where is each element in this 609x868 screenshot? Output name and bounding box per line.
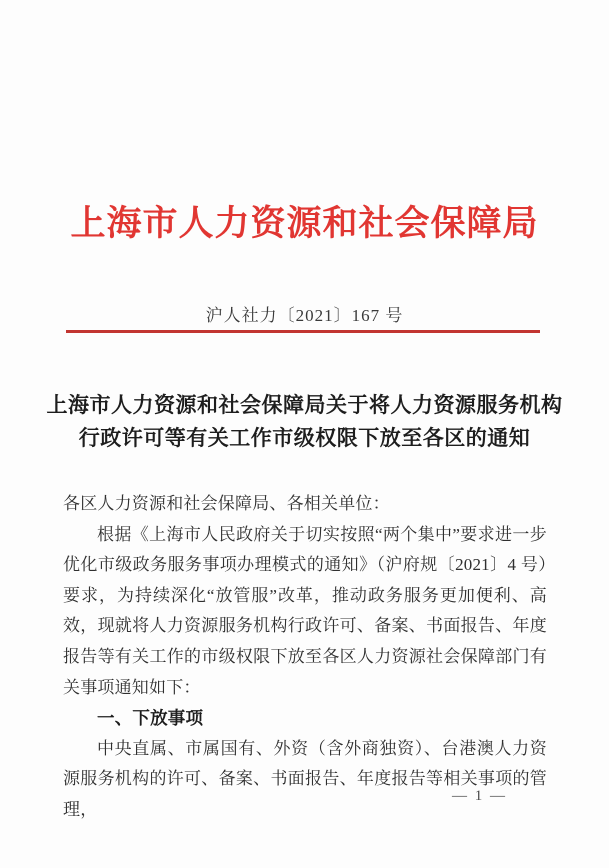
agency-masthead: 上海市人力资源和社会保障局	[0, 196, 609, 246]
red-divider-line	[66, 330, 540, 333]
page-number: — 1 —	[452, 788, 507, 805]
document-body: 各区人力资源和社会保障局、各相关单位： 根据《上海市人民政府关于切实按照“两个集…	[63, 489, 547, 826]
paragraph-1: 根据《上海市人民政府关于切实按照“两个集中”要求进一步优化市级政务服务事项办理模…	[63, 520, 547, 704]
document-title-line-1: 上海市人力资源和社会保障局关于将人力资源服务机构	[0, 389, 609, 422]
salutation: 各区人力资源和社会保障局、各相关单位：	[63, 489, 547, 520]
paragraph-2: 中央直属、市属国有、外资（含外商独资）、台港澳人力资源服务机构的许可、备案、书面…	[63, 734, 547, 826]
section-heading-1: 一、下放事项	[63, 703, 547, 734]
document-title-line-2: 行政许可等有关工作市级权限下放至各区的通知	[0, 422, 609, 455]
document-page: 上海市人力资源和社会保障局 沪人社力〔2021〕167 号 上海市人力资源和社会…	[0, 0, 609, 868]
document-number: 沪人社力〔2021〕167 号	[0, 301, 609, 326]
document-title: 上海市人力资源和社会保障局关于将人力资源服务机构 行政许可等有关工作市级权限下放…	[0, 389, 609, 455]
